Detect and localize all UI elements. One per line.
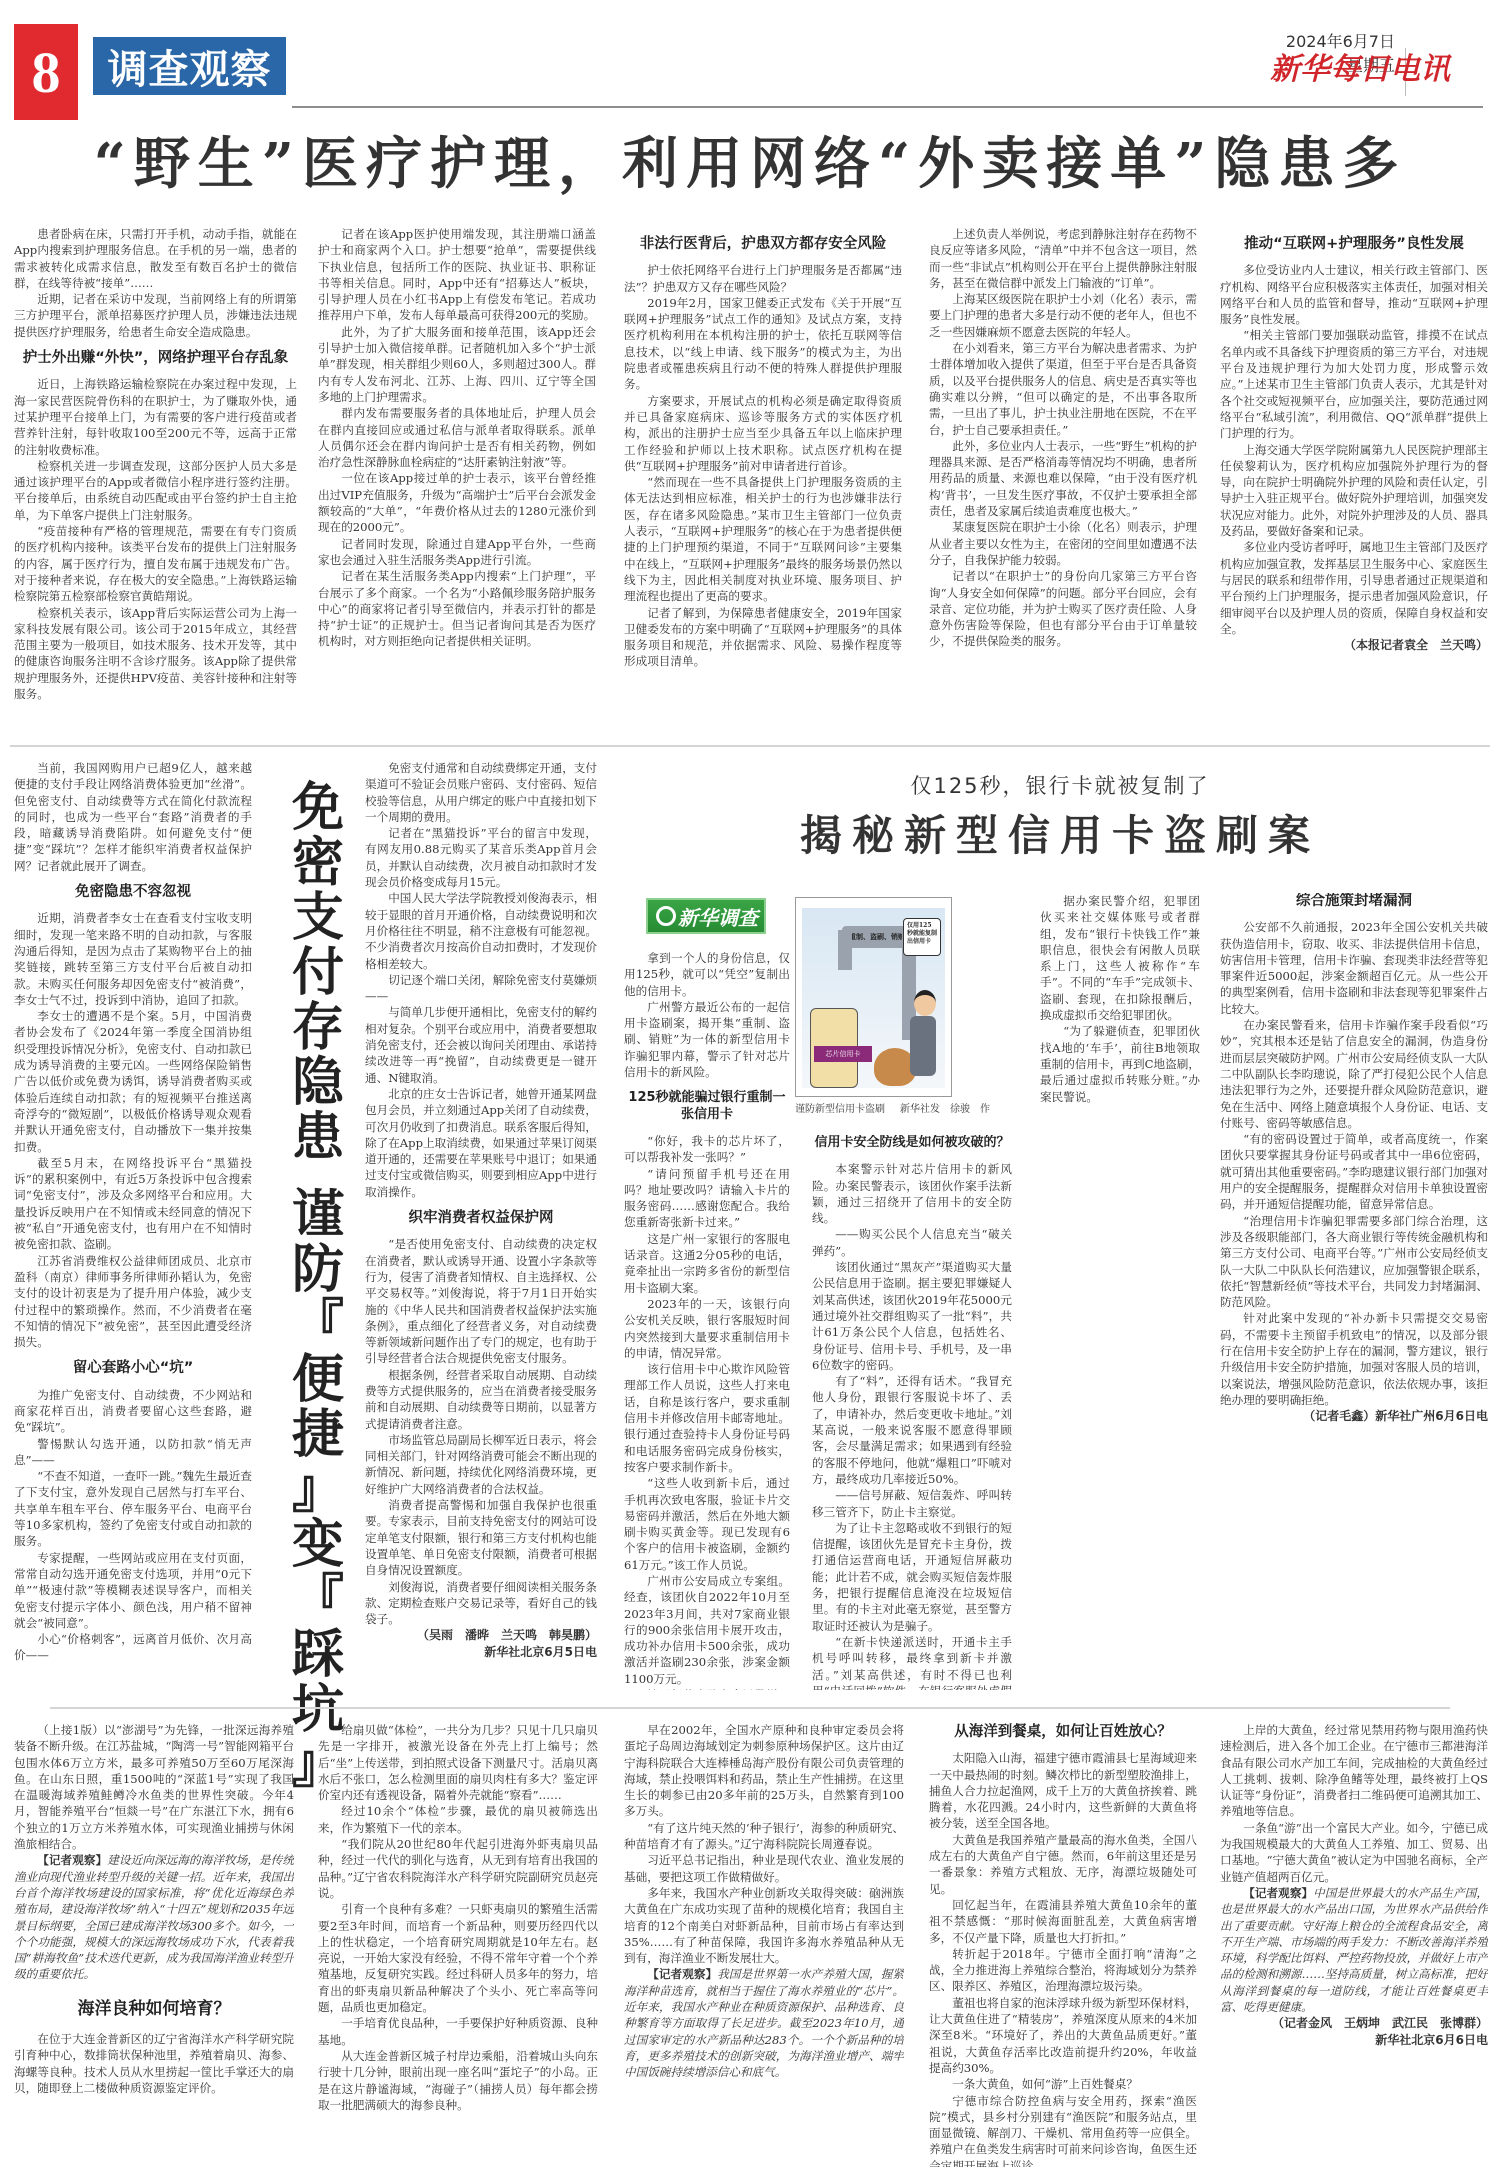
subheading: 留心套路小心“坑”: [14, 1360, 252, 1376]
badge-label: 新华调查: [678, 902, 758, 931]
paragraph: 当前，我国网购用户已超9亿人，越来越便捷的支付手段让网络消费体验更加“丝滑”。但…: [14, 760, 252, 874]
observer-note: 【记者观察】中国是世界最大的水产品生产国，也是世界最大的水产品出口国，为世界水产…: [1220, 1885, 1488, 2015]
paragraph: 回忆起当年，在霞浦县养殖大黄鱼10余年的董祖不禁感慨：“那时候海面脏乱差，大黄鱼…: [929, 1897, 1197, 1946]
cartoon-caption: 谨防新型信用卡盗刷: [795, 1100, 885, 1115]
paragraph: 刘俊海说，消费者要仔细阅读相关服务条款、定期检查账户交易记录等，看好自己的钱袋子…: [365, 1579, 597, 1628]
xinhua-survey-badge: 新华调查: [646, 898, 766, 934]
paragraph: 广州警方最近公布的一起信用卡盗刷案，揭开集“重制、盗刷、销赃”为一体的新型信用卡…: [624, 999, 790, 1080]
observer-text: 建设近向深远海的海洋牧场，是传统渔业向现代渔业转型升级的关键一招。近年来，我国出…: [14, 1853, 294, 1981]
paragraph: “是否使用免密支付、自动续费的决定权在消费者，默认或诱导开通、设置小字条款等行为…: [365, 1236, 597, 1366]
paragraph: “为了躲避侦查，犯罪团伙找A地的‘车手’，前往B地领取重制的信用卡，再到C地盗刷…: [1040, 1023, 1200, 1104]
paragraph: 一条大黄鱼，如何“游”上百姓餐桌？: [929, 2076, 1197, 2092]
paragraph: 本案警示针对芯片信用卡的新风险。办案民警表示，该团伙作案手法新颖，通过三招绕开了…: [812, 1161, 1012, 1226]
subheading: 信用卡安全防线是如何被攻破的？: [812, 1135, 1012, 1151]
paragraph: 市场监管总局副局长柳军近日表示，将会同相关部门，针对网络消费可能会不断出现的新情…: [365, 1432, 597, 1497]
paragraph: 2019年2月，国家卫健委正式发布《关于开展“互联网+护理服务”试点工作的通知》…: [624, 295, 902, 393]
paragraph: 群内发布需要服务者的具体地址后，护理人员会在群内直接回应或通过私信与派单者取得联…: [318, 405, 596, 470]
article3-col4: 综合施策封堵漏洞 公安部不久前通报，2023年全国公安机关共破获伪造信用卡，窃取…: [1220, 893, 1488, 1693]
paragraph: 经过10余个“体检”步骤，最优的扇贝被筛选出来，作为繁殖下一代的亲本。: [318, 1803, 598, 1836]
byline: （记者金风 王炳坤 武江民 张博群）: [1220, 2015, 1488, 2031]
byline: （记者毛鑫）新华社广州6月6日电: [1220, 1408, 1488, 1424]
paragraph: 李女士的遭遇不是个案。5月，中国消费者协会发布了《2024年第一季度全国消协组织…: [14, 1008, 252, 1155]
title-char: 捷: [283, 1407, 353, 1462]
article3-kicker: 仅125秒，银行卡就被复制了: [760, 770, 1360, 800]
paragraph: 习近平总书记指出，种业是现代农业、渔业发展的基础，要把这项工作做精做好。: [624, 1852, 904, 1885]
paragraph: “有的密码设置过于简单，或者高度统一，作案团伙只要掌握其身份证号码或者其中一串6…: [1220, 1131, 1488, 1212]
subheading: 护士外出赚“外快”，网络护理平台存乱象: [14, 350, 297, 366]
paragraph: 中国人民大学法学院教授刘俊海表示，相较于显眼的首月开通价格，自动续费说明和次月价…: [365, 890, 597, 971]
paragraph: “然而现在一些不具备提供上门护理服务资质的主体无法达到相应标准，相关护士的行为也…: [624, 474, 902, 604]
subheading: 从海洋到餐桌，如何让百姓放心？: [929, 1724, 1197, 1740]
paragraph: 上岸的大黄鱼，经过常见禁用药物与限用渔药快速检测后，进入各个加工企业。在宁德市三…: [1220, 1722, 1488, 1820]
paragraph: 小心“价格刺客”，远离首月低价、次月高价——: [14, 1631, 252, 1664]
article3-col2: 信用卡安全防线是如何被攻破的？ 本案警示针对芯片信用卡的新风险。办案民警表示，该…: [812, 1135, 1012, 1690]
paragraph: 多位业内受访者呼吁，属地卫生主管部门及医疗机构应加强宣教，发挥基层卫生服务中心、…: [1220, 539, 1488, 637]
paragraph: 早在2002年，全国水产原种和良种审定委员会将蛋坨子岛周边海域划定为刺参原种场保…: [624, 1722, 904, 1820]
article2-col2: 免密支付通常和自动续费绑定开通，支付渠道可不验证会员账户密码、支付密码、短信校验…: [365, 760, 597, 1690]
title-char: 『: [283, 1297, 353, 1352]
title-char: 谨: [283, 1187, 353, 1242]
title-char: 付: [283, 945, 353, 1000]
paragraph: 记者在“黑猫投诉”平台的留言中发现，有网友用0.88元购买了某音乐类App首月会…: [365, 825, 597, 890]
paragraph: 此外，多位业内人士表示，一些“野生”机构的护理器具来源、是否严格消毒等情况均不明…: [929, 438, 1197, 519]
paragraph: 2023年的一天，该银行向公安机关反映，银行客服短时间内突然接到大量要求重制信用…: [624, 1296, 790, 1361]
paragraph: 太阳隐入山海，福建宁德市霞浦县七星海域迎来一天中最热闹的时刻。鳞次栉比的新型塑胶…: [929, 1750, 1197, 1831]
section-divider: [50, 1707, 1450, 1709]
paragraph: 上述负责人举例说，考虑到静脉注射存在药物不良反应等诸多风险，“清单”中并不包含这…: [929, 226, 1197, 291]
article4-col3: 早在2002年，全国水产原种和良种审定委员会将蛋坨子岛周边海域划定为刺参原种场保…: [624, 1722, 904, 2167]
paragraph: 近期，记者在采访中发现，当前网络上有的所谓第三方护理平台，派单招募医疗护理人员，…: [14, 291, 297, 340]
title-char: 』: [283, 1462, 353, 1517]
paragraph: “有了这片纯天然的‘种子银行’，海参的种质研究、种苗培育才有了源头。”辽宁海科院…: [624, 1820, 904, 1853]
paragraph: 在位于大连金普新区的辽宁省海洋水产科学研究院引育种中心，数排筒状保种池里，养殖着…: [14, 2031, 294, 2096]
paragraph: “疫苗接种有严格的管理规范，需要在有专门资质的医疗机构内接种。该类平台发布的提供…: [14, 523, 297, 604]
title-char: 存: [283, 1000, 353, 1055]
article1-title: “野生”医疗护理，利用网络“外卖接单”隐患多: [60, 128, 1440, 200]
subheading: 海洋良种如何培育？: [14, 2001, 294, 2017]
paragraph: 宁德市综合防控鱼病与安全用药，探索“渔医院”模式，县乡村分别建有“渔医院”和服务…: [929, 2093, 1197, 2167]
paragraph: 大黄鱼是我国养殖产量最高的海水鱼类，全国八成左右的大黄鱼产自宁德。然而，6年前这…: [929, 1832, 1197, 1897]
byline: （本报记者袁全 兰天鸣）: [1220, 637, 1488, 653]
article1-col4: 上述负责人举例说，考虑到静脉注射存在药物不良反应等诸多风险，“清单”中并不包含这…: [929, 226, 1197, 738]
paragraph: 警惕默认勾选开通，以防扣款“悄无声息”——: [14, 1436, 252, 1469]
observer-note: 【记者观察】建设近向深远海的海洋牧场，是传统渔业向现代渔业转型升级的关键一招。近…: [14, 1852, 294, 1982]
observer-label: 【记者观察】: [1243, 1886, 1313, 1900]
card-label: 芯片信用卡: [814, 1046, 872, 1062]
paragraph: （上接1版）以“澎湖号”为先锋，一批深远海养殖装备不断升级。在江苏盐城，“陶湾一…: [14, 1722, 294, 1852]
paragraph: 与简单几步便开通相比，免密支付的解约相对复杂。个别平台或应用中，消费者要想取消免…: [365, 1004, 597, 1085]
paragraph: “请问预留手机号还在用吗？地址要改吗？请输入卡片的服务密码……感谢您配合。我给您…: [624, 1166, 790, 1231]
magnifier-icon: [656, 906, 676, 926]
title-char: 『: [283, 1572, 353, 1627]
subheading: 免密隐患不容忽视: [14, 884, 252, 900]
observer-note: 【记者观察】我国是世界第一水产养殖大国，握紧海洋种苗选育，就相当于握住了海水养殖…: [624, 1966, 904, 2080]
article3-col3a: 据办案民警介绍，犯罪团伙买来社交媒体账号或者群组，发布“银行卡快钱工作”兼职信息…: [1040, 893, 1200, 1128]
paragraph: 记者在该App医护使用端发现，其注册端口涵盖护士和商家两个入口。护士想要“抢单”…: [318, 226, 596, 324]
paragraph: 患者卧病在床，只需打开手机，动动手指，就能在App内搜索到护理服务信息。在手机的…: [14, 226, 297, 291]
paragraph: 上海交通大学医学院附属第九人民医院护理部主任侯黎莉认为，医疗机构应加强院外护理行…: [1220, 442, 1488, 540]
cartoon-credit: 新华社发 徐骏 作: [900, 1100, 990, 1115]
cartoon-scene: “重制、盗刷、销赃” 仅用125秒就能复制出信用卡 芯片信用卡: [802, 908, 945, 1088]
criminal-body: [910, 1016, 936, 1076]
subheading: 综合施策封堵漏洞: [1220, 893, 1488, 909]
section-divider: [10, 745, 1490, 747]
paragraph: 记者在某生活服务类App内搜索“上门护理”，平台展示了多个商家。一个名为“小路佩…: [318, 568, 596, 649]
title-char: 变: [283, 1517, 353, 1572]
page-number: 8: [14, 24, 78, 120]
subheading: 非法行医背后，护患双方都存安全风险: [624, 236, 902, 252]
observer-label: 【记者观察】: [37, 1853, 107, 1867]
speech-bubble: 仅用125秒就能复制出信用卡: [903, 918, 941, 956]
article3-col1: 拿到一个人的身份信息，仅用125秒，就可以“凭空”复制出他的信用卡。 广州警方最…: [624, 950, 790, 1690]
paragraph: ——购买公民个人信息充当“破关弹药”。: [812, 1226, 1012, 1259]
paragraph: 广州市公安局成立专案组。经查，该团伙自2022年10月至2023年3月间，共对7…: [624, 1573, 790, 1687]
paragraph: “不查不知道，一查吓一跳。”魏先生最近查了下支付宝，意外发现自己居然与打车平台、…: [14, 1468, 252, 1549]
paragraph: 该团伙通过“黑灰产”渠道购买大量公民信息用于盗刷。据主要犯罪嫌疑人刘某高供述，该…: [812, 1259, 1012, 1373]
title-char: 便: [283, 1352, 353, 1407]
title-char: 免: [283, 780, 353, 835]
paragraph: 近期，消费者李女士在查看支付宝收支明细时，发现一笔来路不明的自动扣款，与客服沟通…: [14, 910, 252, 1008]
paragraph: 记者以“在职护士”的身份向几家第三方平台咨询“人身安全如何保障”的问题。部分平台…: [929, 568, 1197, 649]
paragraph: 方案要求，开展试点的机构必须是确定取得资质并已具备家庭病床、巡诊等服务方式的实体…: [624, 393, 902, 474]
section-tag: 调查观察: [93, 37, 286, 95]
article2-vertical-title: 免 密 支 付 存 隐 患 谨 防 『 便 捷 』 变 『 踩 坑 』: [283, 780, 353, 1792]
article1-col2: 记者在该App医护使用端发现，其注册端口涵盖护士和商家两个入口。护士想要“抢单”…: [318, 226, 596, 738]
paragraph: 从大连金普新区城子村岸边乘船，沿着城山头向东行驶十几分钟，眼前出现一座名叫“蛋坨…: [318, 2048, 598, 2113]
paragraph: “相关主管部门要加强联动监管，排摸不在试点名单内或不具备线下护理资质的第三方平台…: [1220, 327, 1488, 441]
paragraph: 免密支付通常和自动续费绑定开通，支付渠道可不验证会员账户密码、支付密码、短信校验…: [365, 760, 597, 825]
paragraph: 公安部不久前通报，2023年全国公安机关共破获伪造信用卡，窃取、收买、非法提供信…: [1220, 919, 1488, 1017]
paragraph: 检察机关表示，该App背后实际运营公司为上海一家科技发展有限公司。该公司于201…: [14, 605, 297, 703]
paragraph: 据办案民警介绍，犯罪团伙买来社交媒体账号或者群组，发布“银行卡快钱工作”兼职信息…: [1040, 893, 1200, 1023]
paragraph: 上海某区级医院在职护士小刘（化名）表示，需要上门护理的患者大多是行动不便的老年人…: [929, 291, 1197, 340]
paragraph: 检察机关进一步调查发现，这部分医护人员大多是通过该护理平台的App或者微信小程序…: [14, 458, 297, 523]
paragraph: 截至5月末，在网络投诉平台“黑猫投诉”的累积案例中，有近5万条投诉中包含搜索词“…: [14, 1155, 252, 1253]
paragraph: 切记逐个端口关闭，解除免密支付莫嫌烦——: [365, 972, 597, 1005]
paragraph: 拿到一个人的身份信息，仅用125秒，就可以“凭空”复制出他的信用卡。: [624, 950, 790, 999]
article4-col1: （上接1版）以“澎湖号”为先锋，一批深远海养殖装备不断升级。在江苏盐城，“陶湾一…: [14, 1722, 294, 2167]
article1-col5: 推动“互联网+护理服务”良性发展 多位受访业内人士建议，相关行政主管部门、医疗机…: [1220, 226, 1488, 738]
paragraph: 在办案民警看来，信用卡诈骗作案手段看似“巧妙”，究其根本还是钻了信息安全的漏洞，…: [1220, 1017, 1488, 1131]
paragraph: ——信号屏蔽、短信轰炸、呼叫转移三管齐下，防止卡主察觉。: [812, 1487, 1012, 1520]
observer-text: 我国是世界第一水产养殖大国，握紧海洋种苗选育，就相当于握住了海水养殖业的“芯片”…: [624, 1967, 904, 2079]
paragraph: 一位在该App接过单的护士表示，该平台曾经推出过VIP充值服务，升级为“高端护士…: [318, 470, 596, 535]
paragraph: “治理信用卡诈骗犯罪需要多部门综合治理，这涉及各级职能部门，各大商业银行等传统金…: [1220, 1213, 1488, 1311]
article1-col1: 患者卧病在床，只需打开手机，动动手指，就能在App内搜索到护理服务信息。在手机的…: [14, 226, 297, 738]
paragraph: 该局经侦支队办案民警说，受害者受损金额少则1万元，多则10万元，“甚至有的人信用…: [624, 1687, 790, 1690]
masthead-logo: 新华每日电讯: [1180, 44, 1450, 88]
paragraph: 针对此案中发现的“补办新卡只需提交交易密码，不需要卡主预留手机致电”的情况，以及…: [1220, 1310, 1488, 1408]
paragraph: 根据条例，经营者采取自动展期、自动续费等方式提供服务的，应当在消费者接受服务前和…: [365, 1367, 597, 1432]
paragraph: 记者同时发现，除通过自建App平台外，一些商家也会通过入驻生活服务类App进行引…: [318, 536, 596, 569]
title-char: 踩: [283, 1627, 353, 1682]
title-char: 防: [283, 1242, 353, 1297]
observer-text: 中国是世界最大的水产品生产国，也是世界最大的水产品出口国，为世界水产品供给作出了…: [1220, 1886, 1488, 2014]
byline: （吴雨 潘晔 兰天鸣 韩昊鹏）: [365, 1627, 597, 1643]
article3-title: 揭秘新型信用卡盗刷案: [700, 808, 1420, 864]
article4-col2: 给扇贝做“体检”，一共分为几步？只见十几只扇贝先是一字排开，被激光设备在外壳上打…: [318, 1722, 598, 2167]
paragraph: 专家提醒，一些网站或应用在支付页面，常常自动勾选开通免密支付选项，并用“0元下单…: [14, 1550, 252, 1631]
title-char: 支: [283, 890, 353, 945]
paragraph: 给扇贝做“体检”，一共分为几步？只见十几只扇贝先是一字排开，被激光设备在外壳上打…: [318, 1722, 598, 1803]
paragraph: 转折起于2018年。宁德市全面打响“清海”之战，全力推进海上养殖综合整治，将海域…: [929, 1946, 1197, 1995]
paragraph: 消费者提高警惕和加强自我保护也很重要。专家表示，目前支持免密支付的网站可设定单笔…: [365, 1497, 597, 1578]
article1-col3: 非法行医背后，护患双方都存安全风险 护士依托网络平台进行上门护理服务是否都属“违…: [624, 226, 902, 738]
paragraph: 北京的庄女士告诉记者，她曾开通某网盘包月会员，并立刻通过App关闭了自动续费，可…: [365, 1086, 597, 1200]
paragraph: 该行信用卡中心欺诈风险管理部工作人员说，这些人打来电话，自称是该行客户，要求重制…: [624, 1361, 790, 1475]
paragraph: 董祖也将自家的泡沫浮球升级为新型环保材料，让大黄鱼住进了“精装房”，养殖深度从原…: [929, 1995, 1197, 2076]
title-char: 隐: [283, 1055, 353, 1110]
pipe-shape: [838, 930, 852, 970]
paragraph: 在小刘看来，第三方平台为解决患者需求、为护士群体增加收入提供了渠道，但至于平台是…: [929, 340, 1197, 438]
dateline: 新华社北京6月6日电: [1220, 2032, 1488, 2048]
subheading: 织牢消费者权益保护网: [365, 1210, 597, 1226]
dateline: 新华社北京6月5日电: [365, 1644, 597, 1660]
paragraph: 引育一个良种有多难？一只虾夷扇贝的繁殖生活需要2至3年时间，而培育一个新品种，则…: [318, 1901, 598, 2015]
paragraph: “我们院从20世纪80年代起引进海外虾夷扇贝品种，经过一代代的驯化与选育，从无到…: [318, 1836, 598, 1901]
paragraph: 一条鱼“游”出一个富民大产业。如今，宁德已成为我国规模最大的大黄鱼人工养殖、加工…: [1220, 1820, 1488, 1885]
paragraph: 一手培育优良品种，一手要保护好种质资源、良种基地。: [318, 2015, 598, 2048]
paragraph: 这是广州一家银行的客服电话录音。这通2分05秒的电话，竟牵扯出一宗跨多省份的新型…: [624, 1231, 790, 1296]
paragraph: 此外，为了扩大服务面和接单范围，该App还会引导护士加入微信接单群。记者随机加入…: [318, 324, 596, 405]
paragraph: 为推广免密支付、自动续费，不少网站和商家花样百出，消费者要留心这些套路，避免“踩…: [14, 1387, 252, 1436]
paragraph: 记者了解到，为保障患者健康安全，2019年国家卫健委发布的方案中明确了“互联网+…: [624, 605, 902, 670]
paragraph: 护士依托网络平台进行上门护理服务是否都属“违法”？护患双方又存在哪些风险？: [624, 262, 902, 295]
paragraph: 某康复医院在职护士小徐（化名）则表示，护理从业者主要以女性为主，在密闭的空间里如…: [929, 519, 1197, 568]
paragraph: “在新卡快递派送时，开通卡主手机号呼叫转移，最终拿到新卡并激活。”刘某高供述，有…: [812, 1634, 1012, 1690]
paragraph: 近日，上海铁路运输检察院在办案过程中发现，上海一家民营医院骨伤科的在职护士，为了…: [14, 376, 297, 457]
paragraph: 多年来，我国水产种业创新攻关取得突破：硇洲族大黄鱼在广东成功实现了苗种的规模化培…: [624, 1885, 904, 1966]
criminal-character: [914, 990, 936, 1016]
title-char: 密: [283, 835, 353, 890]
paragraph: 多位受访业内人士建议，相关行政主管部门、医疗机构、网络平台应积极落实主体责任，加…: [1220, 262, 1488, 327]
subheading: 125秒就能骗过银行重制一张信用卡: [624, 1090, 790, 1123]
article4-col5: 上岸的大黄鱼，经过常见禁用药物与限用渔药快速检测后，进入各个加工企业。在宁德市三…: [1220, 1722, 1488, 2167]
article4-col4: 从海洋到餐桌，如何让百姓放心？ 太阳隐入山海，福建宁德市霞浦县七星海域迎来一天中…: [929, 1722, 1197, 2167]
subheading: 推动“互联网+护理服务”良性发展: [1220, 236, 1488, 252]
paragraph: 有了“料”，还得有话术。“我冒充他人身份，跟银行客服说卡坏了、丢了，申请补办，然…: [812, 1373, 1012, 1487]
title-char: 患: [283, 1110, 353, 1165]
paragraph: “你好，我卡的芯片坏了，可以帮我补发一张吗？”: [624, 1133, 790, 1166]
paragraph: 江苏省消费维权公益律师团成员、北京市盈科（南京）律师事务所律师孙韬认为，免密支付…: [14, 1253, 252, 1351]
observer-label: 【记者观察】: [647, 1967, 717, 1981]
paragraph: “这些人收到新卡后，通过手机再次致电客服，验证卡片交易密码并激活，然后在外地大额…: [624, 1475, 790, 1573]
cartoon-illustration: “重制、盗刷、销赃” 仅用125秒就能复制出信用卡 芯片信用卡: [795, 897, 952, 1097]
article2-col1: 当前，我国网购用户已超9亿人，越来越便捷的支付手段让网络消费体验更加“丝滑”。但…: [14, 760, 252, 1690]
paragraph: 为了让卡主忽略或收不到银行的短信提醒，该团伙先是冒充卡主身份，拨打通信运营商电话…: [812, 1520, 1012, 1634]
header-rule: [292, 106, 1483, 108]
